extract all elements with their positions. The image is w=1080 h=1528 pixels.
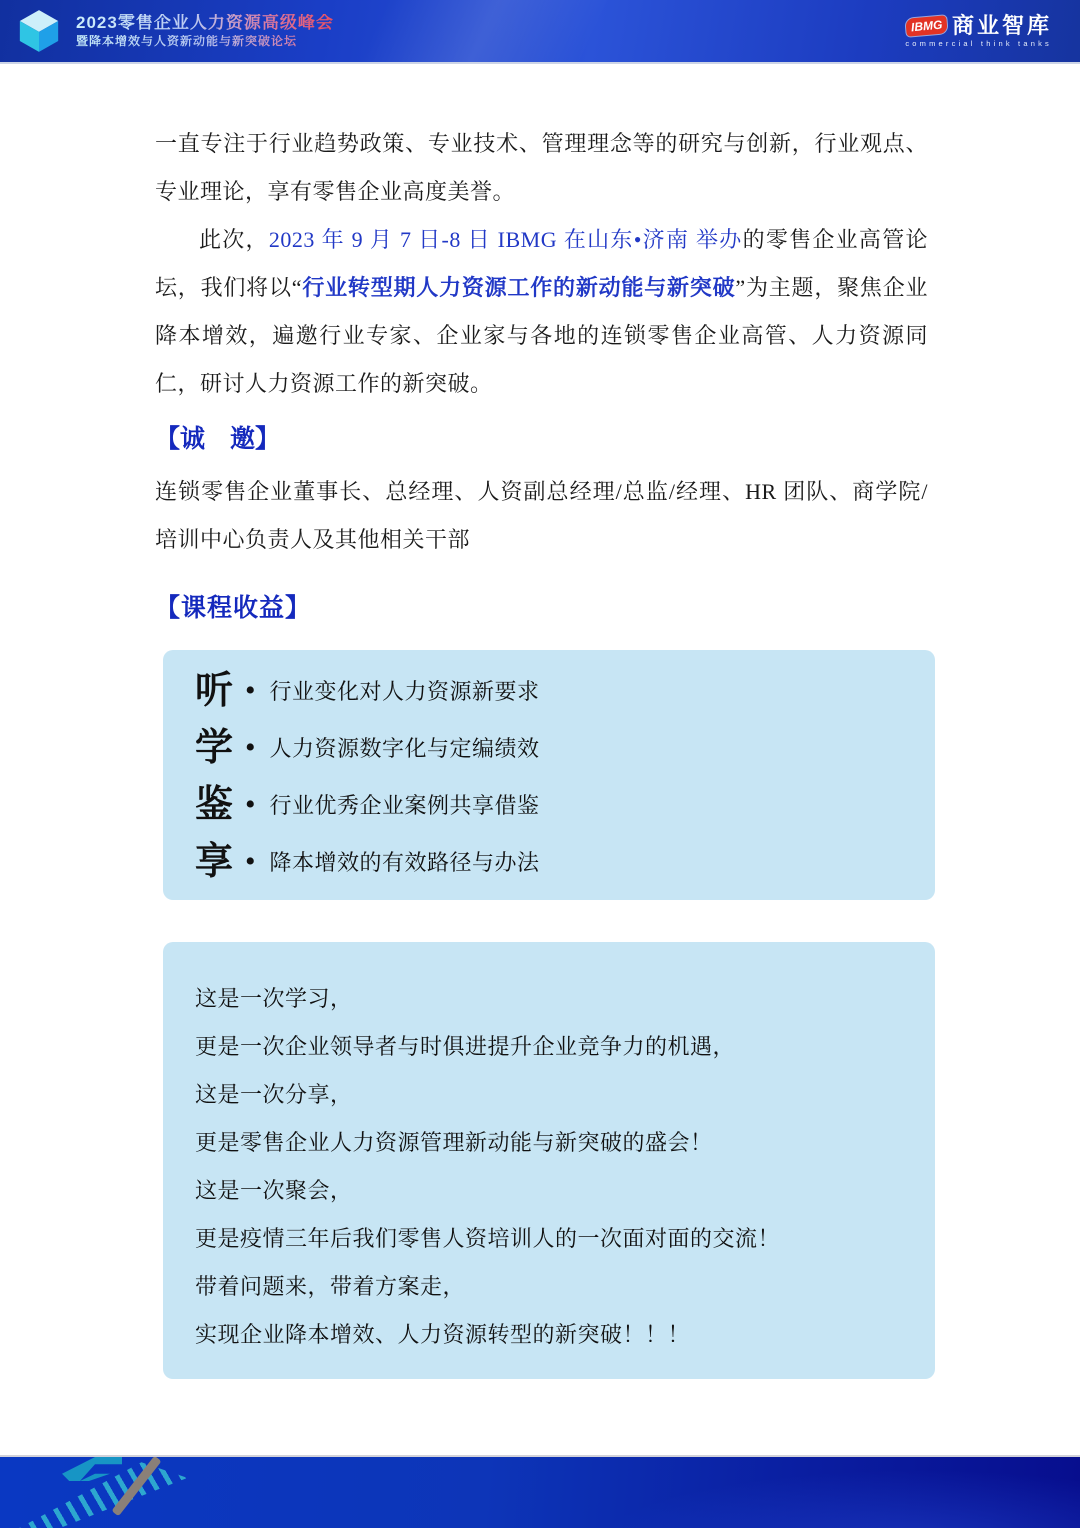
diagonal-stripes-decoration [8,1456,238,1528]
slogan-line: 这是一次聚会， [195,1167,905,1215]
event-subtitle: 暨降本增效与人资新动能与新突破论坛 [76,35,334,48]
bullet-icon: • [245,790,256,820]
forum-theme: 行业转型期人力资源工作的新动能与新突破 [302,275,735,300]
document-body: 一直专注于行业趋势政策、专业技术、管理理念等的研究与创新，行业观点、专业理论，享… [0,64,1080,1379]
benefit-keyword: 鉴 [195,786,233,824]
document-page: 2023零售企业人力资源高级峰会 暨降本增效与人资新动能与新突破论坛 IBMG … [0,0,1080,1528]
slogan-line: 更是零售企业人力资源管理新动能与新突破的盛会！ [195,1119,905,1167]
ibmg-logo-tagline: commercial think tanks [905,39,1052,48]
benefit-item: 学 • 人力资源数字化与定编绩效 [195,719,935,776]
event-titles: 2023零售企业人力资源高级峰会 暨降本增效与人资新动能与新突破论坛 [76,14,334,49]
bullet-icon: • [245,847,256,877]
slogan-line: 更是疫情三年后我们零售人资培训人的一次面对面的交流！ [195,1215,905,1263]
footer-banner [0,1455,1080,1528]
benefit-keyword: 听 [195,672,233,710]
benefit-text: 行业变化对人力资源新要求 [270,675,540,706]
intro-paragraph-1: 一直专注于行业趋势政策、专业技术、管理理念等的研究与创新，行业观点、专业理论，享… [155,120,928,216]
event-title: 2023零售企业人力资源高级峰会 [76,14,334,33]
invite-body: 连锁零售企业董事长、总经理、人资副总经理/总监/经理、HR 团队、商学院/培训中… [155,468,928,564]
header-banner: 2023零售企业人力资源高级峰会 暨降本增效与人资新动能与新突破论坛 IBMG … [0,0,1080,64]
event-date-location: 2023 年 9 月 7 日-8 日 IBMG 在山东•济南 举办 [269,227,743,252]
slogan-box: 这是一次学习， 更是一次企业领导者与时俱进提升企业竞争力的机遇， 这是一次分享，… [163,942,935,1379]
benefits-heading: 【课程收益】 [155,588,928,628]
ibmg-logo: IBMG 商业智库 commercial think tanks [905,14,1052,48]
benefit-item: 鉴 • 行业优秀企业案例共享借鉴 [195,776,935,833]
benefit-keyword: 学 [195,729,233,767]
slogan-line: 这是一次学习， [195,975,905,1023]
ibmg-logo-name: 商业智库 [952,14,1052,37]
bullet-icon: • [245,733,256,763]
intro-p1-text: 一直专注于行业趋势政策、专业技术、管理理念等的研究与创新，行业观点、专业理论，享… [155,131,928,204]
benefit-item: 听 • 行业变化对人力资源新要求 [195,662,935,719]
benefit-text: 人力资源数字化与定编绩效 [270,732,540,763]
invite-heading: 【诚 邀】 [155,420,928,460]
ibmg-logo-row: IBMG 商业智库 [906,14,1052,37]
footer-glow-decoration [540,1457,1080,1528]
slogan-line: 带着问题来，带着方案走， [195,1263,905,1311]
benefits-box: 听 • 行业变化对人力资源新要求 学 • 人力资源数字化与定编绩效 鉴 • 行业… [163,650,935,900]
benefit-item: 享 • 降本增效的有效路径与办法 [195,833,935,890]
arrow-decoration [62,1457,122,1481]
bullet-icon: • [245,676,256,706]
intro-paragraph-2: 此次，2023 年 9 月 7 日-8 日 IBMG 在山东•济南 举办的零售企… [155,216,928,408]
slogan-line: 这是一次分享， [195,1071,905,1119]
benefit-keyword: 享 [195,843,233,881]
benefit-text: 降本增效的有效路径与办法 [270,846,540,877]
event-brand: 2023零售企业人力资源高级峰会 暨降本增效与人资新动能与新突破论坛 [14,8,334,54]
benefit-text: 行业优秀企业案例共享借鉴 [270,789,540,820]
cube-logo-icon [14,8,64,54]
ibmg-badge-icon: IBMG [905,15,948,37]
intro-p2-prefix: 此次， [199,227,269,252]
slogan-line: 实现企业降本增效、人力资源转型的新突破！！！ [195,1311,905,1359]
slogan-line: 更是一次企业领导者与时俱进提升企业竞争力的机遇， [195,1023,905,1071]
